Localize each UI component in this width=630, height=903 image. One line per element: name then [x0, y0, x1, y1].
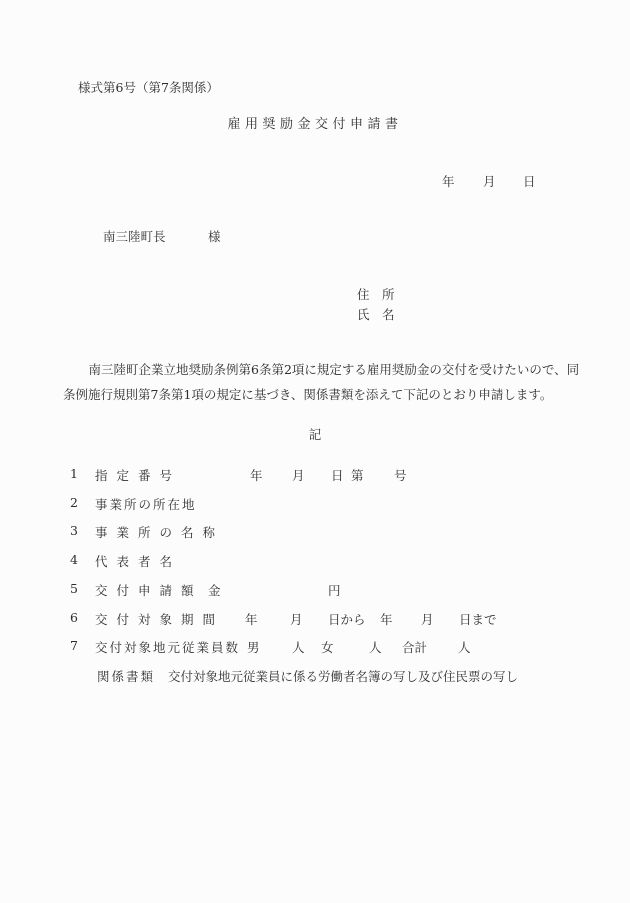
- date-year-label: 年: [442, 174, 455, 189]
- item-number: 3: [70, 523, 78, 538]
- total-label: 合計: [402, 638, 427, 656]
- form-number: 様式第6号（第7条関係）: [78, 80, 219, 95]
- record-marker: 記: [0, 427, 630, 442]
- item-row-designation-number: 1 指定番号 年 月 日 第 号: [0, 466, 630, 484]
- attachments-label: 関係書類: [97, 667, 155, 685]
- female-count-unit: 人: [369, 638, 382, 656]
- date-month-label: 月: [483, 174, 496, 189]
- period-end-month-label: 月: [421, 610, 434, 628]
- item-label: 事業所の名称: [95, 523, 224, 541]
- yen-prefix-label: 金: [208, 581, 221, 599]
- addressee-name: 南三陸町長: [103, 229, 166, 244]
- number-suffix-label: 号: [394, 466, 407, 484]
- applicant-name-label: 氏 名: [357, 307, 395, 322]
- item-row-local-employee-count: 7 交付対象地元従業員数 男 人 女 人 合計 人: [0, 638, 630, 656]
- total-count-unit: 人: [458, 638, 471, 656]
- period-end-year-label: 年: [380, 610, 393, 628]
- number-prefix-label: 第: [351, 466, 364, 484]
- document-page: 様式第6号（第7条関係） 雇用奨励金交付申請書 年 月 日 南三陸町長 様 住 …: [0, 0, 630, 903]
- day-label: 日: [331, 466, 344, 484]
- item-row-office-name: 3 事業所の名称: [0, 523, 630, 541]
- item-row-grant-amount: 5 交付申請額 金 円: [0, 581, 630, 599]
- item-label: 事業所の所在地: [95, 495, 197, 513]
- item-label: 指定番号: [95, 466, 181, 484]
- period-start-year-label: 年: [245, 610, 258, 628]
- addressee-honorific: 様: [208, 229, 221, 244]
- male-count-unit: 人: [292, 638, 305, 656]
- item-label: 交付対象期間: [95, 610, 224, 628]
- item-label: 交付対象地元従業員数: [95, 638, 240, 656]
- item-number: 6: [70, 610, 78, 625]
- item-number: 7: [70, 638, 78, 653]
- addressee-line: 南三陸町長 様: [0, 229, 630, 245]
- yen-suffix-label: 円: [328, 581, 341, 599]
- item-row-office-address: 2 事業所の所在地: [0, 495, 630, 513]
- body-paragraph-line-2: 条例施行規則第7条第1項の規定に基づき、関係書類を添えて下記のとおり申請します。: [63, 387, 552, 402]
- body-paragraph-line-1: 南三陸町企業立地奨励条例第6条第2項に規定する雇用奨励金の交付を受けたいので、同: [63, 362, 579, 377]
- item-number: 4: [70, 552, 78, 567]
- item-number: 1: [70, 466, 78, 481]
- date-day-label: 日: [523, 174, 536, 189]
- document-title: 雇用奨励金交付申請書: [0, 117, 630, 133]
- period-start-day-label: 日から: [328, 610, 366, 628]
- year-label: 年: [250, 466, 263, 484]
- item-number: 2: [70, 495, 78, 510]
- item-row-grant-period: 6 交付対象期間 年 月 日から 年 月 日まで: [0, 610, 630, 628]
- item-number: 5: [70, 581, 78, 596]
- attachments-line: 関係書類 交付対象地元従業員に係る労働者名簿の写し及び住民票の写し: [0, 667, 630, 685]
- item-row-representative-name: 4 代表者名: [0, 552, 630, 570]
- male-label: 男: [247, 638, 260, 656]
- attachments-text: 交付対象地元従業員に係る労働者名簿の写し及び住民票の写し: [168, 667, 518, 685]
- applicant-address-label: 住 所: [357, 287, 395, 302]
- item-label: 交付申請額: [95, 581, 203, 599]
- item-label: 代表者名: [95, 552, 181, 570]
- month-label: 月: [292, 466, 305, 484]
- period-end-day-label: 日まで: [459, 610, 497, 628]
- female-label: 女: [321, 638, 334, 656]
- period-start-month-label: 月: [290, 610, 303, 628]
